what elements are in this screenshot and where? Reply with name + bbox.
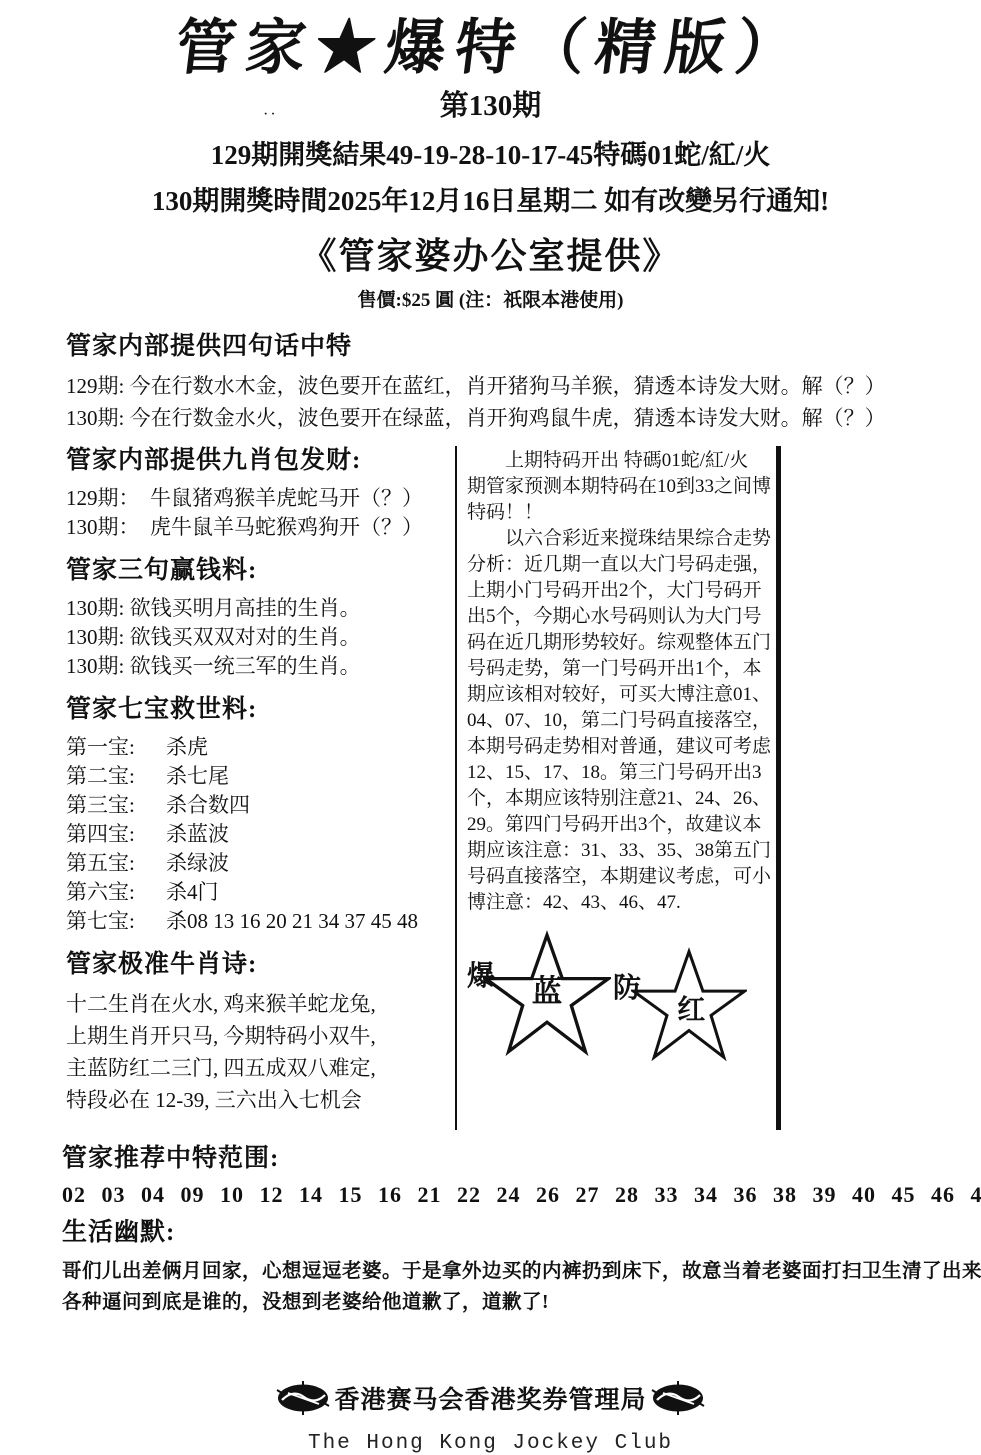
treasure-row: 第四宝: 杀蓝波 [66, 820, 455, 849]
treasure-value: 杀七尾 [166, 762, 229, 791]
blue-star-text: 蓝 [532, 975, 563, 1009]
treasure-row: 第一宝: 杀虎 [66, 733, 455, 762]
three-sentence-line: 130期: 欲钱买双双对对的生肖。 [66, 623, 455, 652]
treasure-label: 第四宝: [66, 820, 166, 849]
recommend-heading: 管家推荐中特范围: [62, 1144, 961, 1174]
red-star-icon: 红 [631, 944, 747, 1066]
four-sentence-line: 130期: 今在行数金水火，波色要开在绿蓝，肖开狗鸡鼠牛虎，猜透本诗发大财。解（… [66, 402, 961, 434]
previous-result-line: 129期開獎結果49-19-28-10-17-45特碼01蛇/紅/火 [0, 133, 981, 172]
poem-line: 上期生肖开只马, 今期特码小双牛, [66, 1020, 455, 1052]
columns-region: 管家内部提供九肖包发财: 129期： 牛鼠猪鸡猴羊虎蛇马开（？） 130期： 虎… [0, 446, 981, 1130]
analysis-line: 博注意：42、43、46、47. [467, 890, 772, 916]
analysis-line: 29。第四门号码开出3个，故建议本 [467, 812, 772, 838]
treasure-label: 第二宝: [66, 762, 166, 791]
poem-line: 特段必在 12-39, 三六出入七机会 [66, 1084, 455, 1116]
treasure-value: 杀蓝波 [166, 820, 229, 849]
three-sentence-line: 130期: 欲钱买明月高挂的生肖。 [66, 594, 455, 623]
treasure-row: 第六宝: 杀4门 [66, 878, 455, 907]
treasure-row: 第七宝: 杀08 13 16 20 21 34 37 45 48 [66, 907, 455, 936]
treasure-label: 第三宝: [66, 791, 166, 820]
analysis-line: 个，本期应该特别注意21、24、26、 [467, 786, 772, 812]
print-dots: ·· [263, 106, 278, 124]
four-sentence-line: 129期: 今在行数水木金，波色要开在蓝红，肖开猪狗马羊猴，猜透本诗发大财。解（… [66, 370, 961, 402]
treasure-value: 杀虎 [166, 733, 208, 762]
analysis-line: 上期小门号码开出2个，大门号码开 [467, 578, 772, 604]
nine-zodiac-line: 129期： 牛鼠猪鸡猴羊虎蛇马开（？） [66, 484, 455, 513]
analysis-line: 分析：近几期一直以大门号码走强， [467, 552, 772, 578]
issue-number: 第130期 [0, 83, 981, 124]
analysis-line: 码在近几期形势较好。综观整体五门 [467, 630, 772, 656]
org-name: 香港赛马会香港奖券管理局 [334, 1380, 646, 1416]
nine-zodiac-heading: 管家内部提供九肖包发财: [66, 446, 455, 476]
analysis-line: 特码！！ [467, 500, 772, 526]
humor-heading: 生活幽默: [62, 1218, 961, 1248]
analysis-line: 号码直接落空，本期建议考虑，可小 [467, 864, 772, 890]
analysis-line: 本期号码走势相对普通，建议可考虑 [467, 734, 772, 760]
section-seven-treasure: 管家七宝救世料: 第一宝: 杀虎 第二宝: 杀七尾 第三宝: 杀合数四 第四宝:… [66, 695, 455, 936]
three-sentence-heading: 管家三句赢钱料: [66, 556, 455, 586]
treasure-value: 杀08 13 16 20 21 34 37 45 48 [166, 907, 418, 936]
section-zodiac-poem: 管家极准牛肖诗: 十二生肖在火水, 鸡来猴羊蛇龙兔, 上期生肖开只马, 今期特码… [66, 950, 455, 1116]
three-sentence-line: 130期: 欲钱买一统三军的生肖。 [66, 652, 455, 681]
treasure-row: 第二宝: 杀七尾 [66, 762, 455, 791]
org-row: 香港赛马会香港奖券管理局 [0, 1380, 981, 1416]
treasure-label: 第五宝: [66, 849, 166, 878]
zodiac-poem-heading: 管家极准牛肖诗: [66, 950, 455, 980]
treasure-value: 杀绿波 [166, 849, 229, 878]
analysis-line: 号码走势，第一门号码开出1个，本 [467, 656, 772, 682]
jockey-club-logo-icon [274, 1380, 332, 1416]
blue-star-icon: 蓝 [483, 928, 611, 1060]
section-life-humor: 生活幽默: 哥们儿出差俩月回家，心想逗逗老婆。于是拿外边买的内裤扔到床下，故意当… [62, 1218, 961, 1318]
four-sentence-heading: 管家内部提供四句话中特 [66, 332, 961, 362]
humor-line: 哥们儿出差俩月回家，心想逗逗老婆。于是拿外边买的内裤扔到床下，故意当着老婆面打扫… [62, 1256, 961, 1287]
treasure-value: 杀4门 [166, 878, 219, 907]
next-draw-time-line: 130期開獎時間2025年12月16日星期二 如有改變另行通知! [0, 179, 981, 218]
jockey-club-logo-icon [649, 1380, 707, 1416]
treasure-label: 第六宝: [66, 878, 166, 907]
analysis-line: 出5个，今期心水号码则认为大门号 [467, 604, 772, 630]
masthead-title: 管家★爆特（精版） [0, 14, 981, 83]
treasure-row: 第五宝: 杀绿波 [66, 849, 455, 878]
provider-title: 《管家婆办公室提供》 [0, 228, 981, 279]
poem-line: 主蓝防红二三门, 四五成双八难定, [66, 1052, 455, 1084]
analysis-line: 以六合彩近来搅珠结果综合走势 [467, 526, 772, 552]
analysis-line: 04、07、10，第二门号码直接落空， [467, 708, 772, 734]
analysis-line: 期应该相对较好，可买大博注意01、 [467, 682, 772, 708]
analysis-line: 期应该注意：31、33、35、38第五门 [467, 838, 772, 864]
treasure-row: 第三宝: 杀合数四 [66, 791, 455, 820]
treasure-value: 杀合数四 [166, 791, 250, 820]
humor-line: 各种逼问到底是谁的，没想到老婆给他道歉了，道歉了! [62, 1287, 961, 1318]
treasure-label: 第七宝: [66, 907, 166, 936]
analysis-line: 期管家预测本期特码在10到33之间博 [467, 474, 772, 500]
treasure-label: 第一宝: [66, 733, 166, 762]
section-four-sentence: 管家内部提供四句话中特 129期: 今在行数水木金，波色要开在蓝红，肖开猪狗马羊… [66, 332, 961, 434]
recommend-numbers: 02 03 04 09 10 12 14 15 16 21 22 24 26 2… [62, 1182, 961, 1208]
org-name-english: The Hong Kong Jockey Club [0, 1432, 981, 1455]
tip-sheet-page: 管家★爆特（精版） ·· 第130期 129期開獎結果49-19-28-10-1… [0, 0, 981, 1455]
red-star-text: 红 [677, 995, 705, 1026]
stars-block: 爆 蓝 防 红 [467, 928, 772, 1096]
section-recommend-range: 管家推荐中特范围: 02 03 04 09 10 12 14 15 16 21 … [62, 1144, 961, 1208]
analysis-line: 12、15、17、18。第三门号码开出3 [467, 760, 772, 786]
analysis-box: 上期特码开出 特碼01蛇/紅/火 期管家预测本期特码在10到33之间博 特码！！… [455, 446, 781, 1130]
footer: 香港赛马会香港奖券管理局 The Hong Kong Jockey Club [0, 1380, 981, 1455]
nine-zodiac-line: 130期： 虎牛鼠羊马蛇猴鸡狗开（？） [66, 513, 455, 542]
price-note: 售價:$25 圓 (注：祇限本港使用) [0, 285, 981, 312]
poem-line: 十二生肖在火水, 鸡来猴羊蛇龙兔, [66, 988, 455, 1020]
seven-treasure-heading: 管家七宝救世料: [66, 695, 455, 725]
analysis-line: 上期特码开出 特碼01蛇/紅/火 [467, 448, 772, 474]
section-nine-zodiac: 管家内部提供九肖包发财: 129期： 牛鼠猪鸡猴羊虎蛇马开（？） 130期： 虎… [66, 446, 455, 542]
section-three-sentence: 管家三句赢钱料: 130期: 欲钱买明月高挂的生肖。 130期: 欲钱买双双对对… [66, 556, 455, 681]
left-column: 管家内部提供九肖包发财: 129期： 牛鼠猪鸡猴羊虎蛇马开（？） 130期： 虎… [66, 446, 455, 1130]
